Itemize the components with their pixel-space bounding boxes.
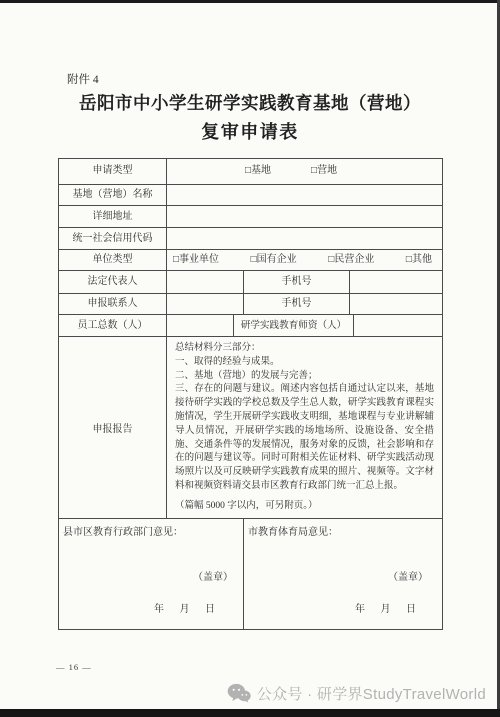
report-paragraph: 三、存在的问题与建议。阐述内容包括自通过认定以来，基地接待研学实践的学校总数及学… bbox=[175, 383, 434, 493]
report-instructions: 总结材料分三部分： 一、取得的经验与成果。 二、基地（营地）的发展与完善； 三、… bbox=[166, 337, 442, 518]
county-seal-placeholder: （盖章） bbox=[193, 568, 233, 583]
wechat-icon bbox=[227, 683, 251, 704]
teacher-count-field[interactable] bbox=[353, 315, 442, 336]
page-title-line2: 复审申请表 bbox=[0, 118, 500, 144]
address-value-field[interactable] bbox=[166, 206, 442, 227]
table-row-report: 申报报告 总结材料分三部分： 一、取得的经验与成果。 二、基地（营地）的发展与完… bbox=[59, 336, 442, 518]
address-label: 详细地址 bbox=[59, 206, 166, 227]
county-date-placeholder: 年 月 日 bbox=[154, 600, 215, 615]
contact-value-field[interactable] bbox=[166, 294, 243, 314]
table-row-credit-code: 统一社会信用代码 bbox=[59, 227, 442, 249]
table-row-staff: 员工总数（人） 研学实践教育师资（人） bbox=[59, 314, 442, 336]
scan-edge-top bbox=[0, 0, 500, 3]
watermark-text: 公众号 · 研学界StudyTravelWorld bbox=[257, 683, 486, 704]
table-row-contact: 申报联系人 手机号 bbox=[59, 293, 442, 314]
form-table: 申请类型 □基地 □营地 基地（营地）名称 详细地址 统一社会信用代码 单位类型… bbox=[58, 158, 443, 630]
city-opinion-cell[interactable]: 市教育体育局意见： （盖章） 年 月 日 bbox=[243, 519, 442, 629]
contact-label: 申报联系人 bbox=[59, 294, 166, 314]
checkbox-state-owned[interactable]: □国有企业 bbox=[251, 250, 297, 270]
table-row-unit-type: 单位类型 □事业单位 □国有企业 □民营企业 □其他 bbox=[59, 249, 442, 270]
table-row-name: 基地（营地）名称 bbox=[59, 184, 442, 205]
legal-rep-label: 法定代表人 bbox=[59, 271, 166, 293]
name-label: 基地（营地）名称 bbox=[59, 185, 166, 205]
teacher-count-label: 研学实践教育师资（人） bbox=[233, 315, 353, 336]
report-line1: 总结材料分三部分： bbox=[175, 342, 434, 356]
checkbox-camp[interactable]: □营地 bbox=[311, 159, 337, 184]
checkbox-private[interactable]: □民营企业 bbox=[328, 250, 374, 270]
legal-rep-phone-label: 手机号 bbox=[243, 271, 349, 293]
table-row-opinions: 县市区教育行政部门意见： （盖章） 年 月 日 市教育体育局意见： （盖章） 年… bbox=[59, 518, 442, 629]
contact-phone-field[interactable] bbox=[349, 294, 442, 314]
scan-edge-bottom bbox=[0, 709, 500, 717]
table-row-address: 详细地址 bbox=[59, 205, 442, 227]
credit-code-value-field[interactable] bbox=[166, 228, 442, 249]
page-number: — 16 — bbox=[56, 662, 92, 672]
legal-rep-value-field[interactable] bbox=[166, 271, 243, 293]
name-value-field[interactable] bbox=[166, 185, 442, 205]
legal-rep-phone-field[interactable] bbox=[349, 271, 442, 293]
unit-type-label: 单位类型 bbox=[59, 250, 166, 270]
city-opinion-label: 市教育体育局意见： bbox=[248, 523, 338, 538]
checkbox-base[interactable]: □基地 bbox=[245, 159, 271, 184]
watermark: 公众号 · 研学界StudyTravelWorld bbox=[227, 681, 486, 705]
report-length-note: （篇幅 5000 字以内，可另附页。） bbox=[175, 500, 318, 514]
checkbox-other[interactable]: □其他 bbox=[406, 250, 432, 270]
apply-type-label: 申请类型 bbox=[59, 159, 166, 184]
county-opinion-label: 县市区教育行政部门意见： bbox=[63, 523, 183, 538]
page-title-line1: 岳阳市中小学生研学实践教育基地（营地） bbox=[0, 90, 500, 115]
staff-total-field[interactable] bbox=[166, 315, 233, 336]
attachment-label: 附件 4 bbox=[67, 71, 99, 87]
table-row-apply-type: 申请类型 □基地 □营地 bbox=[59, 159, 442, 184]
contact-phone-label: 手机号 bbox=[243, 294, 349, 314]
city-seal-placeholder: （盖章） bbox=[388, 568, 428, 583]
unit-type-options: □事业单位 □国有企业 □民营企业 □其他 bbox=[166, 250, 442, 270]
table-row-legal-rep: 法定代表人 手机号 bbox=[59, 270, 442, 293]
checkbox-public-institution[interactable]: □事业单位 bbox=[173, 250, 219, 270]
county-opinion-cell[interactable]: 县市区教育行政部门意见： （盖章） 年 月 日 bbox=[59, 519, 243, 629]
report-label: 申报报告 bbox=[59, 337, 166, 518]
staff-total-label: 员工总数（人） bbox=[59, 315, 166, 336]
city-date-placeholder: 年 月 日 bbox=[355, 600, 416, 615]
credit-code-label: 统一社会信用代码 bbox=[59, 228, 166, 249]
apply-type-options: □基地 □营地 bbox=[166, 159, 442, 184]
report-line3: 二、基地（营地）的发展与完善； bbox=[175, 370, 434, 384]
report-line2: 一、取得的经验与成果。 bbox=[175, 356, 434, 370]
